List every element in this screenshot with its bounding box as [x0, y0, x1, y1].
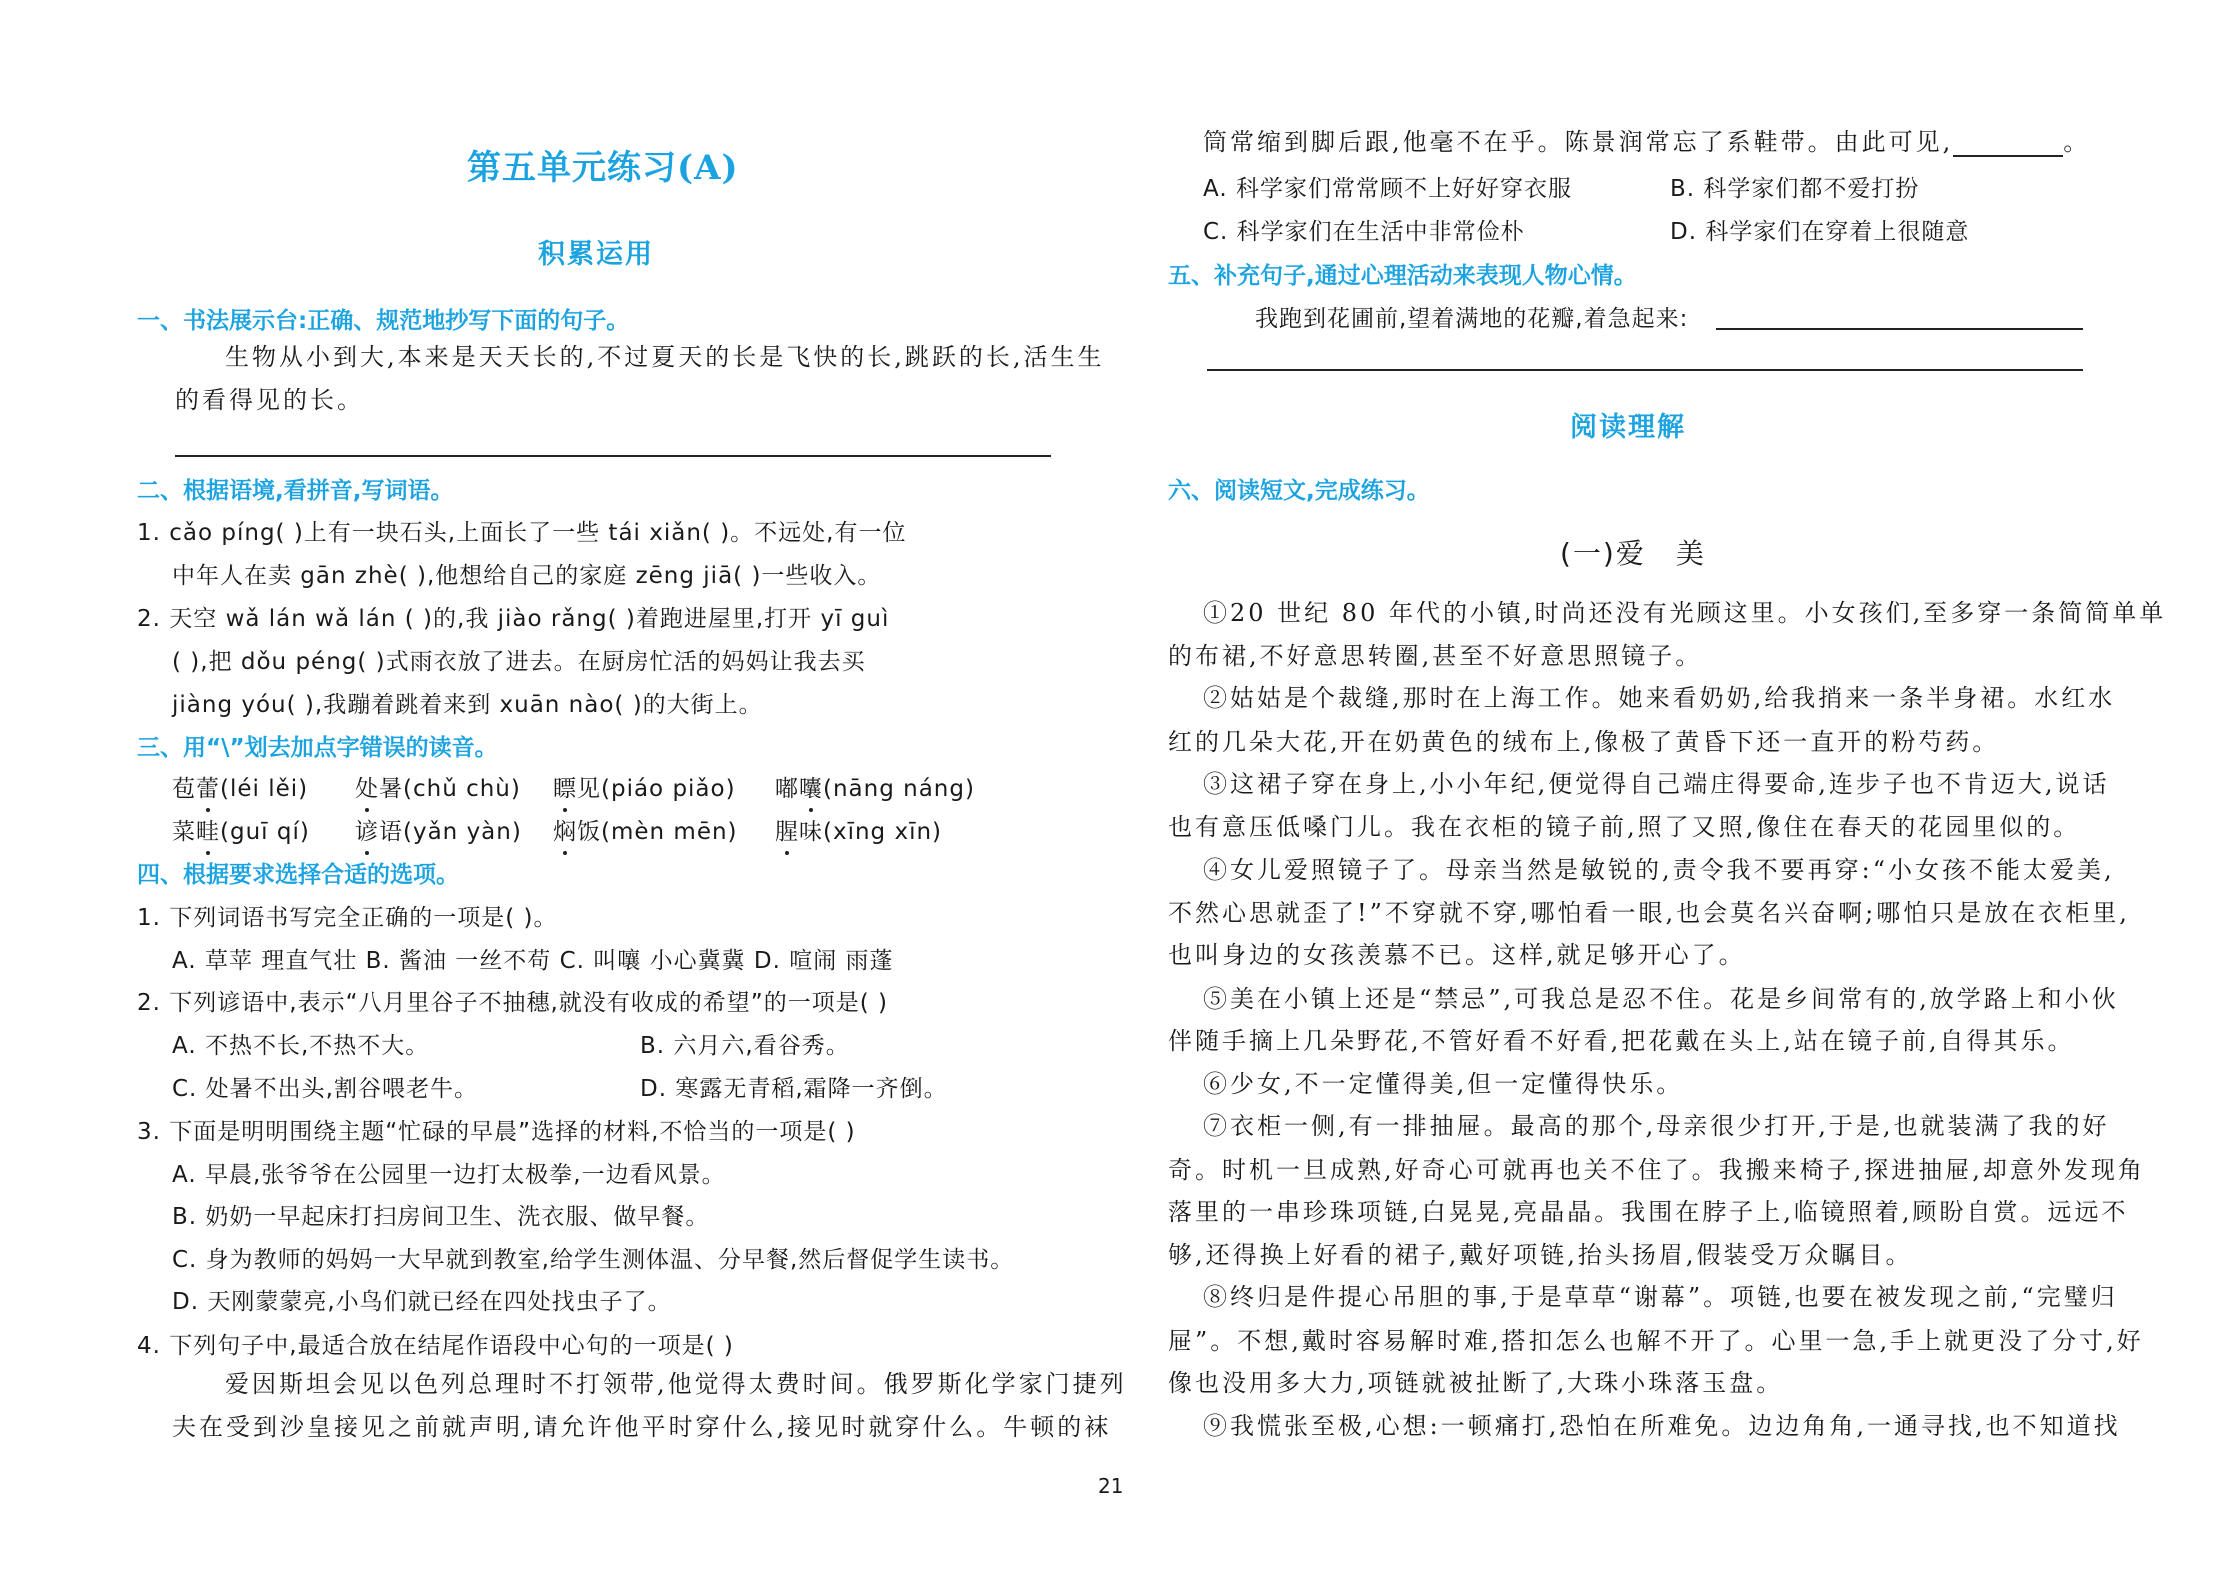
- section-title-reading: 阅读理解: [1570, 405, 1686, 444]
- passage-line: ⑧终归是件提心吊胆的事,于是草草“谢幕”。项链,也要在被发现之前,“完璧归: [1203, 1282, 2118, 1312]
- question-2-heading: 二、根据语境,看拼音,写词语。: [137, 472, 453, 505]
- passage-line: ⑤美在小镇上还是“禁忌”,可我总是忍不住。花是乡间常有的,放学路上和小伙: [1203, 984, 2119, 1014]
- passage-line: ⑦衣柜一侧,有一排抽屉。最高的那个,母亲很少打开,于是,也就装满了我的好: [1203, 1111, 2110, 1141]
- question-2-line: 中年人在卖 gān zhè( ),他想给自己的家庭 zēng jiā( )一些收…: [172, 557, 881, 590]
- pinyin-item: 腥味(xīng xīn): [775, 813, 942, 846]
- question-2-line: 2. 天空 wǎ lán wǎ lán ( )的,我 jiào rǎng( )着…: [137, 600, 889, 633]
- option-d: D. 寒露无青稻,霜降一齐倒。: [640, 1070, 948, 1103]
- option-d: D. 科学家们在穿着上很随意: [1670, 213, 1969, 246]
- question-1-text-line2: 的看得见的长。: [175, 385, 364, 415]
- pinyin-item: 处暑(chǔ chù): [355, 770, 521, 803]
- option-c: C. 处暑不出头,割谷喂老牛。: [172, 1070, 478, 1103]
- question-4-1-options: A. 草苹 理直气壮 B. 酱油 一丝不苟 C. 叫嚷 小心冀冀 D. 喧闹 雨…: [172, 942, 894, 975]
- page-title: 第五单元练习(A): [467, 140, 739, 189]
- writing-line[interactable]: [175, 455, 1051, 457]
- passage-line: 也叫身边的女孩羡慕不已。这样,就足够开心了。: [1168, 940, 1746, 970]
- answer-line[interactable]: [1207, 369, 2083, 371]
- question-2-line: jiàng yóu( ),我蹦着跳着来到 xuān nào( )的大街上。: [172, 686, 763, 719]
- passage-line: 落里的一串珍珠项链,白晃晃,亮晶晶。我围在脖子上,临镜照着,顾盼自赏。远远不: [1168, 1197, 2129, 1227]
- question-4-4-passage-line2: 夫在受到沙皇接见之前就声明,请允许他平时穿什么,接见时就穿什么。牛顿的袜: [172, 1412, 1111, 1442]
- pinyin-item: 苞蕾(léi lěi): [172, 770, 308, 803]
- section-title-accumulation: 积累运用: [538, 232, 654, 271]
- option-b: B. 科学家们都不爱打扮: [1670, 170, 1919, 203]
- passage-line: 不然心思就歪了!”不穿就不穿,哪怕看一眼,也会莫名兴奋啊;哪怕只是放在衣柜里,: [1168, 898, 2130, 928]
- question-5-heading: 五、补充句子,通过心理活动来表现人物心情。: [1168, 257, 1637, 290]
- passage-line: 够,还得换上好看的裙子,戴好项链,抬头扬眉,假装受万众瞩目。: [1168, 1240, 1913, 1270]
- answer-blank[interactable]: [1953, 133, 2063, 157]
- passage-line: 也有意压低嗓门儿。我在衣柜的镜子前,照了又照,像住在春天的花园里似的。: [1168, 812, 2080, 842]
- question-6-heading: 六、阅读短文,完成练习。: [1168, 472, 1430, 505]
- pinyin-item: 菜畦(guī qí): [172, 813, 310, 846]
- passage-line: ①20 世纪 80 年代的小镇,时尚还没有光顾这里。小女孩们,至多穿一条简简单单: [1203, 598, 2166, 628]
- option-b: B. 六月六,看谷秀。: [640, 1027, 850, 1060]
- question-2-line: 1. cǎo píng( )上有一块石头,上面长了一些 tái xiǎn( )。…: [137, 514, 906, 547]
- option-a: A. 早晨,张爷爷在公园里一边打太极拳,一边看风景。: [172, 1156, 726, 1189]
- question-1-text-line1: 生物从小到大,本来是天天长的,不过夏天的长是飞快的长,跳跃的长,活生生: [225, 342, 1105, 372]
- option-c: C. 科学家们在生活中非常俭朴: [1203, 213, 1525, 246]
- question-4-3-stem: 3. 下面是明明围绕主题“忙碌的早晨”选择的材料,不恰当的一项是( ): [137, 1113, 856, 1146]
- passage-line: ②姑姑是个裁缝,那时在上海工作。她来看奶奶,给我捎来一条半身裙。水红水: [1203, 683, 2115, 713]
- passage-line: 像也没用多大力,项链就被扯断了,大珠小珠落玉盘。: [1168, 1368, 1783, 1398]
- passage-line: 的布裙,不好意思转圈,甚至不好意思照镜子。: [1168, 641, 1702, 671]
- pinyin-item: 瞟见(piáo piǎo): [553, 770, 736, 803]
- option-b: B. 奶奶一早起床打扫房间卫生、洗衣服、做早餐。: [172, 1198, 709, 1231]
- option-c: C. 身为教师的妈妈一大早就到教室,给学生测体温、分早餐,然后督促学生读书。: [172, 1241, 1014, 1274]
- page-number: 21: [1098, 1474, 1123, 1498]
- pinyin-item: 谚语(yǎn yàn): [355, 813, 522, 846]
- question-4-4-stem: 4. 下列句子中,最适合放在结尾作语段中心句的一项是( ): [137, 1327, 734, 1360]
- question-4-1-stem: 1. 下列词语书写完全正确的一项是( )。: [137, 899, 558, 932]
- passage-line: 屉”。不想,戴时容易解时难,搭扣怎么也解不开了。心里一急,手上就更没了分寸,好: [1168, 1326, 2144, 1356]
- passage-line: ⑥少女,不一定懂得美,但一定懂得快乐。: [1203, 1069, 1683, 1099]
- question-1-heading: 一、书法展示台:正确、规范地抄写下面的句子。: [137, 302, 629, 335]
- passage-title: (一)爱 美: [1560, 532, 1706, 572]
- question-4-heading: 四、根据要求选择合适的选项。: [137, 856, 459, 889]
- option-a: A. 不热不长,不热不大。: [172, 1027, 429, 1060]
- passage-line: 伴随手摘上几朵野花,不管好看不好看,把花戴在头上,站在镜子前,自得其乐。: [1168, 1026, 2075, 1056]
- passage-line: 红的几朵大花,开在奶黄色的绒布上,像极了黄昏下还一直开的粉芍药。: [1168, 727, 1999, 757]
- passage-line: ⑨我慌张至极,心想:一顿痛打,恐怕在所难免。边边角角,一通寻找,也不知道找: [1203, 1411, 2121, 1441]
- pinyin-item: 嘟囔(nāng náng): [775, 770, 975, 803]
- option-d: D. 天刚蒙蒙亮,小鸟们就已经在四处找虫子了。: [172, 1283, 672, 1316]
- question-3-heading: 三、用“\”划去加点字错误的读音。: [137, 729, 498, 762]
- question-4-4-passage-line3: 筒常缩到脚后跟,他毫不在乎。陈景润常忘了系鞋带。由此可见,。: [1203, 127, 2090, 157]
- question-4-4-passage-line1: 爱因斯坦会见以色列总理时不打领带,他觉得太费时间。俄罗斯化学家门捷列: [225, 1369, 1127, 1399]
- question-2-line: ( ),把 dǒu péng( )式雨衣放了进去。在厨房忙活的妈妈让我去买: [172, 643, 866, 676]
- answer-line[interactable]: [1716, 328, 2083, 330]
- pinyin-item: 焖饭(mèn mēn): [553, 813, 738, 846]
- question-5-prompt: 我跑到花圃前,望着满地的花瓣,着急起来:: [1255, 300, 1688, 333]
- option-a: A. 科学家们常常顾不上好好穿衣服: [1203, 170, 1572, 203]
- passage-line: 奇。时机一旦成熟,好奇心可就再也关不住了。我搬来椅子,探进抽屉,却意外发现角: [1168, 1155, 2145, 1185]
- question-4-2-stem: 2. 下列谚语中,表示“八月里谷子不抽穗,就没有收成的希望”的一项是( ): [137, 984, 888, 1017]
- passage-line: ③这裙子穿在身上,小小年纪,便觉得自己端庄得要命,连步子也不肯迈大,说话: [1203, 769, 2110, 799]
- passage-line: ④女儿爱照镜子了。母亲当然是敏锐的,责令我不要再穿:“小女孩不能太爱美,: [1203, 855, 2115, 885]
